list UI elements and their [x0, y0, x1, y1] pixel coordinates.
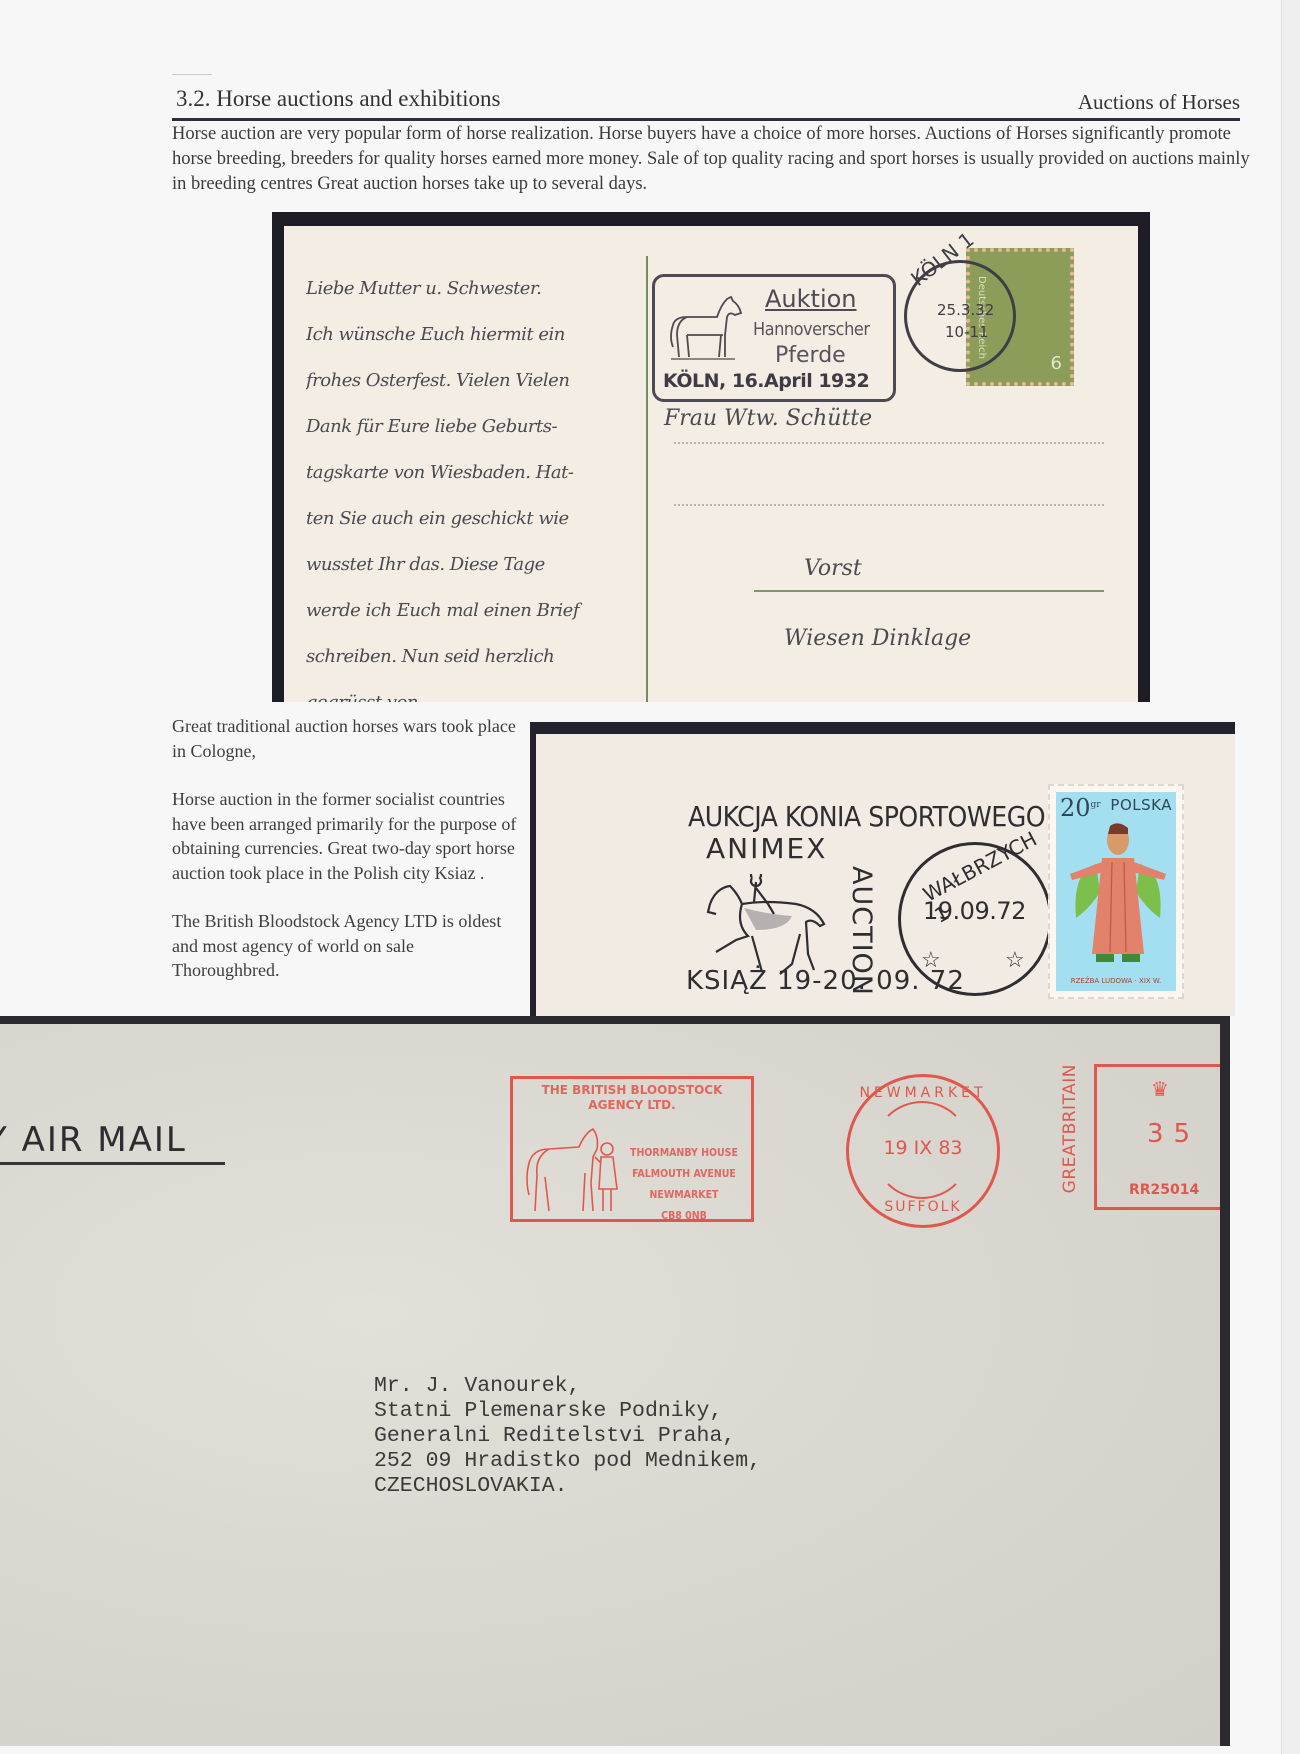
postmark-city: NEWMARKET [859, 1085, 987, 1101]
auktion-slogan-cancel: Auktion Hannoverscher Pferde KÖLN, 16.Ap… [652, 274, 896, 402]
stamp-caption: RZEŹBA LUDOWA · XIX W. [1056, 977, 1176, 985]
handwriting-line: tagskarte von Wiesbaden. Hat- [306, 450, 636, 496]
cachet-address-line: CB8 0NB [623, 1206, 745, 1227]
polish-cover-ksiaz-1972: AUKCJA KONIA SPORTOWEGO ANIMEX AUCTION K… [536, 734, 1235, 1016]
stamp-value: 20gr [1060, 794, 1101, 822]
address-line: Mr. J. Vanourek, [374, 1374, 761, 1399]
chapter-title: Auctions of Horses [1078, 90, 1240, 115]
address-line: Generalni Reditelstvi Praha, [374, 1424, 761, 1449]
slogan-auktion: Auktion [765, 285, 857, 313]
horse-and-groom-icon [519, 1123, 629, 1215]
recipient-city: Wiesen Dinklage [784, 626, 971, 651]
recipient-address: Mr. J. Vanourek,Statni Plemenarske Podni… [374, 1374, 761, 1499]
handwriting-line: Liebe Mutter u. Schwester. [306, 266, 636, 312]
polish-cover-mount: AUKCJA KONIA SPORTOWEGO ANIMEX AUCTION K… [530, 722, 1235, 1016]
postmark-date: 19 IX 83 [849, 1137, 997, 1159]
slogan-animex: ANIMEX [706, 832, 827, 865]
star-icon: ☆ [1005, 947, 1025, 973]
section-title: 3.2. Horse auctions and exhibitions [176, 86, 501, 112]
airmail-envelope-1983: Y AIR MAIL THE BRITISH BLOODSTOCK AGENCY… [0, 1024, 1220, 1746]
crown-icon: ♛ [1151, 1077, 1169, 1102]
cachet-address-line: FALMOUTH AVENUE [623, 1164, 745, 1185]
header-rule [172, 118, 1240, 121]
caption-paragraph: The British Bloodstock Agency LTD is old… [172, 909, 517, 983]
bloodstock-agency-cachet: THE BRITISH BLOODSTOCK AGENCY LTD. THORM… [510, 1076, 754, 1222]
address-line: 252 09 Hradistko pod Mednikem, [374, 1449, 761, 1474]
meter-id: RR25014 [1129, 1182, 1199, 1198]
page-edge [1281, 0, 1300, 1754]
koln-postmark: KÖLN 1 25.3.32 10-11 [904, 260, 1016, 372]
stamp-value-number: 20 [1060, 794, 1091, 822]
address-line [754, 590, 1104, 592]
handwriting-line: gegrüsst von [306, 680, 636, 702]
handwriting-line: werde ich Euch mal einen Brief [306, 588, 636, 634]
postage-meter-frank: ♛ 35 RR25014 [1094, 1064, 1220, 1210]
stamp-country: POLSKA [1110, 796, 1172, 814]
address-line: Statni Plemenarske Podniky, [374, 1399, 761, 1424]
cachet-name-line: THE BRITISH BLOODSTOCK [517, 1083, 747, 1098]
stamp-value: 6 [1051, 353, 1062, 374]
angel-figure-icon [1066, 822, 1170, 972]
meter-country: GREATBRITAIN [1060, 1064, 1080, 1193]
address-line: CZECHOSLOVAKIA. [374, 1474, 761, 1499]
postcard-mount: Liebe Mutter u. Schwester. Ich wünsche E… [272, 212, 1150, 702]
cachet-name-line: AGENCY LTD. [517, 1098, 747, 1113]
address-line [674, 442, 1104, 444]
recipient-street: Vorst [804, 556, 862, 581]
slogan-date: KÖLN, 16.April 1932 [663, 370, 869, 392]
postcard-divider [646, 256, 648, 702]
postcard-koln-1932: Liebe Mutter u. Schwester. Ich wünsche E… [284, 226, 1138, 702]
airmail-label: Y AIR MAIL [0, 1120, 187, 1160]
cachet-agency-name: THE BRITISH BLOODSTOCK AGENCY LTD. [517, 1083, 747, 1113]
stamp-value-unit: gr [1091, 800, 1101, 810]
handwriting-line: Ich wünsche Euch hiermit ein [306, 312, 636, 358]
postmark-county: SUFFOLK [849, 1199, 997, 1215]
handwriting-line: schreiben. Nun seid herzlich [306, 634, 636, 680]
slogan-hannoverscher: Hannoverscher [753, 319, 869, 340]
handwriting-line: Dank für Eure liebe Geburts- [306, 404, 636, 450]
recipient-name: Frau Wtw. Schütte [664, 406, 872, 431]
slogan-pferde: Pferde [775, 343, 846, 368]
stamp-design: 20gr POLSKA RZEŹBA LUDOWA · XIX W. [1056, 792, 1176, 991]
caption-paragraph: Horse auction in the former socialist co… [172, 787, 517, 885]
horse-icon [665, 295, 745, 365]
newmarket-postmark: NEWMARKET 19 IX 83 SUFFOLK [846, 1074, 1000, 1228]
cachet-address-line: THORMANBY HOUSE [623, 1143, 745, 1164]
address-line [674, 504, 1104, 506]
slogan-aukcja: AUKCJA KONIA SPORTOWEGO [688, 800, 1045, 833]
walbrzych-postmark: WAŁBRZYCH 1 19.09.72 ☆ ☆ [898, 842, 1052, 996]
header-mark [172, 74, 212, 75]
exhibit-caption: Great traditional auction horses wars to… [172, 714, 517, 1007]
handwriting-line: frohes Osterfest. Vielen Vielen [306, 358, 636, 404]
postmark-date: 19.09.72 [923, 897, 1026, 925]
postcard-message: Liebe Mutter u. Schwester. Ich wünsche E… [306, 266, 636, 702]
meter-value: 35 [1147, 1119, 1200, 1149]
intro-text: Horse auction are very popular form of h… [172, 122, 1252, 197]
caption-paragraph: Great traditional auction horses wars to… [172, 714, 517, 763]
handwriting-line: ten Sie auch ein geschickt wie [306, 496, 636, 542]
postmark-time: 10-11 [945, 323, 989, 341]
cachet-address-line: NEWMARKET [623, 1185, 745, 1206]
cachet-address: THORMANBY HOUSE FALMOUTH AVENUE NEWMARKE… [623, 1143, 745, 1227]
airmail-cover-mount: Y AIR MAIL THE BRITISH BLOODSTOCK AGENCY… [0, 1016, 1230, 1746]
airmail-underline [0, 1162, 225, 1165]
handwriting-line: wusstet Ihr das. Diese Tage [306, 542, 636, 588]
postage-stamp-polska-20gr: 20gr POLSKA RZEŹBA LUDOWA · XIX W. [1048, 784, 1184, 999]
star-icon: ☆ [921, 947, 941, 973]
postmark-date: 25.3.32 [937, 301, 994, 319]
